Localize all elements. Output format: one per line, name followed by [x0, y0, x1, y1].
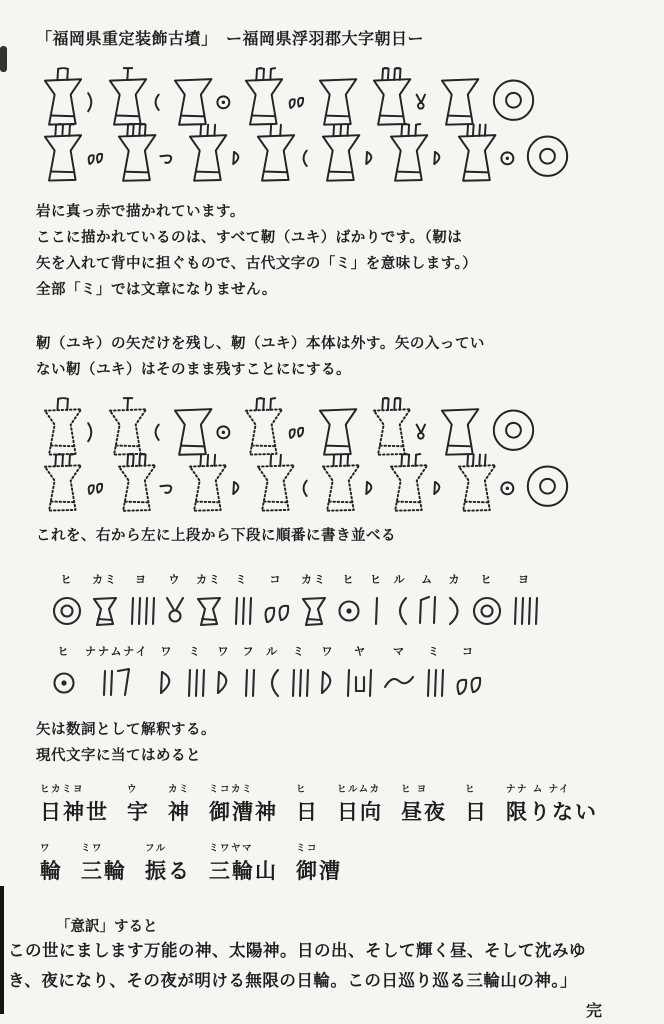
quiver-glyph [315, 65, 364, 127]
reading-kana-label: ワ [217, 643, 230, 659]
kanji-group: フル振る [145, 840, 191, 885]
furigana: ナナ ム ナイ [506, 781, 598, 795]
reading-kana-label: ヤ [354, 643, 367, 659]
final-paragraph: この世にまします万能の神、太陽神。日の出、そして輝く昼、そして沈みゆ き、夜にな… [8, 936, 636, 996]
ancient-symbol [424, 665, 444, 701]
quiver-glyph [170, 395, 236, 457]
ancient-symbol [195, 593, 223, 629]
quiver-glyph [241, 65, 310, 127]
reading-kana-label: ヨ [518, 571, 531, 587]
reading-kana-label: ヒ [61, 571, 74, 587]
quiver-glyph [241, 395, 310, 457]
quiver-glyph [454, 121, 520, 183]
ancient-symbol [52, 665, 76, 701]
ancient-symbol [261, 593, 291, 629]
reading-cell: カミ [91, 571, 119, 629]
reading-cell: ヒ [370, 571, 383, 629]
pictograph-row [40, 451, 636, 513]
reading-kana-label: マ [393, 643, 406, 659]
kanji-text: 三輪山 [209, 855, 278, 885]
reading-cell: カミ [195, 571, 223, 629]
interpret-paragraph: 矢は数詞として解釈する。 現代文字に当てはめると [36, 717, 636, 769]
kanji-text: 神 [168, 796, 191, 826]
reading-kana-label: ヒ [343, 571, 356, 587]
quiver-glyph [315, 395, 364, 457]
reading-kana-label: ウ [169, 571, 182, 587]
pictograph-row [40, 121, 636, 183]
kanji-group: ウ宇 [127, 781, 150, 826]
quiver-glyph [369, 65, 432, 127]
kanji-group: ヒカミヨ日神世 [40, 781, 109, 826]
furigana: フル [145, 840, 191, 854]
reading-kana-label: カミ [92, 571, 118, 587]
kanji-group: ヒ日 [296, 781, 319, 826]
quiver-glyph [40, 121, 109, 183]
kanji-text: 昼夜 [401, 796, 447, 826]
ancient-symbol [232, 593, 252, 629]
reading-cell: ヤ [346, 643, 374, 701]
reading-kana-label: ム [421, 571, 434, 587]
quiver-glyph [386, 451, 449, 513]
furigana: ウ [127, 781, 150, 795]
kanji-group: ミワヤマ三輪山 [209, 840, 278, 885]
reading-kana-label: カ [449, 571, 462, 587]
reading-cell: ヒ [337, 571, 361, 629]
furigana: ヒカミヨ [40, 781, 109, 795]
reading-kana-label: ヒ [481, 571, 494, 587]
kanji-text: 宇 [127, 796, 150, 826]
quiver-glyph [318, 451, 381, 513]
quiver-glyph [253, 121, 313, 183]
reading-kana-label: ミ [236, 571, 249, 587]
ancient-symbol [453, 665, 483, 701]
quiver-glyph [437, 395, 486, 457]
ring-glyph [525, 451, 570, 513]
ring-glyph [525, 121, 570, 183]
ancient-symbol [392, 593, 408, 629]
text-line: き、夜になり、その夜が明ける無限の日輪。この日巡り巡る三輪山の神。」 [8, 966, 636, 996]
quiver-glyph [253, 451, 313, 513]
furigana: ヒ ヨ [401, 781, 447, 795]
quiver-glyph [437, 65, 486, 127]
ancient-symbol [289, 665, 309, 701]
ancient-symbol [128, 593, 155, 629]
ancient-symbol [242, 665, 255, 701]
kanji-group: ヒ日 [465, 781, 488, 826]
document-page: 「福岡県重定装飾古墳」 ー福岡県浮羽郡大字朝日ー 岩に真っ赤で描かれています。 … [0, 0, 664, 1024]
kanji-group: ナナ ム ナイ限りない [506, 781, 598, 826]
reading-cell: ヨ [511, 571, 538, 629]
kanji-text: 日 [296, 796, 319, 826]
furigana: ヒルムカ [337, 781, 383, 795]
ancient-symbol [164, 593, 186, 629]
reading-cell: ワ [157, 643, 176, 701]
ring-glyph [491, 395, 536, 457]
kanji-group: ワ輪 [40, 840, 63, 885]
reading-cell: カミ [300, 571, 328, 629]
reading-cell: ム [417, 571, 438, 629]
reading-cell: コ [261, 571, 291, 629]
reading-kana-label: ナナムナイ [85, 643, 148, 659]
reading-kana-label: ヒ [58, 643, 71, 659]
text-line: ここに描かれているのは、すべて靭（ユキ）ばかりです。（靭は [36, 225, 636, 251]
kanji-text: 日向 [337, 796, 383, 826]
kanji-group: ミコカミ御漕神 [209, 781, 278, 826]
ancient-symbol [52, 593, 82, 629]
ancient-symbol [318, 665, 337, 701]
quiver-glyph [185, 451, 248, 513]
reading-cell: ワ [214, 643, 233, 701]
arrange-instruction: これを、右から左に上段から下段に順番に書き並べる [36, 523, 636, 549]
ancient-symbol [214, 665, 233, 701]
reading-kana-label: ル [266, 643, 279, 659]
furigana: ミワヤマ [209, 840, 278, 854]
reading-cell: フ [242, 643, 255, 701]
kanji-text: 限りない [506, 796, 598, 826]
quiver-glyph [40, 451, 109, 513]
modern-row: ヒカミヨ日神世ウ宇カミ神ミコカミ御漕神ヒ日ヒルムカ日向ヒ ヨ昼夜ヒ日ナナ ム ナ… [40, 781, 636, 826]
reading-cell: カ [447, 571, 463, 629]
ancient-symbol [185, 665, 205, 701]
reading-kana-label: ワ [321, 643, 334, 659]
kanji-group: カミ神 [168, 781, 191, 826]
reading-cell: コ [453, 643, 483, 701]
reading-cell: ヨ [128, 571, 155, 629]
quiver-glyph [170, 65, 236, 127]
kanji-text: 御漕 [296, 855, 342, 885]
ring-glyph [491, 65, 536, 127]
scan-artifact-smudge [0, 46, 7, 72]
reading-kana-label: ワ [160, 643, 173, 659]
kanji-group: ヒ ヨ昼夜 [401, 781, 447, 826]
reading-cell: ミ [424, 643, 444, 701]
ancient-symbol [337, 593, 361, 629]
reading-kana-label: コ [270, 571, 283, 587]
ancient-symbol [264, 665, 280, 701]
kanji-text: 日 [465, 796, 488, 826]
reading-cell: ル [264, 643, 280, 701]
ancient-symbol [157, 665, 176, 701]
furigana: カミ [168, 781, 191, 795]
quiver-glyph [105, 65, 165, 127]
reading-cell: ヒ [52, 643, 76, 701]
text-line: 靭（ユキ）の矢だけを残し、靭（ユキ）本体は外す。矢の入ってい [36, 331, 636, 357]
end-mark: 完 [36, 998, 636, 1021]
kanji-group: ミワ三輪 [81, 840, 127, 885]
quiver-glyph [114, 121, 180, 183]
reading-cell: ミ [232, 571, 252, 629]
reading-kana-label: フ [242, 643, 255, 659]
ancient-symbol [511, 593, 538, 629]
kanji-text: 三輪 [81, 855, 127, 885]
pictograph-block-dotted [40, 395, 636, 513]
furigana: ヒ [465, 781, 488, 795]
ancient-symbol [447, 593, 463, 629]
intro-paragraph: 岩に真っ赤で描かれています。 ここに描かれているのは、すべて靭（ユキ）ばかりです… [36, 199, 636, 303]
ancient-symbol [101, 665, 133, 701]
furigana: ワ [40, 840, 63, 854]
text-line: この世にまします万能の神、太陽神。日の出、そして輝く昼、そして沈みゆ [8, 936, 636, 966]
quiver-glyph [185, 121, 248, 183]
reading-kana-label: ル [394, 571, 407, 587]
reading-cell: ナナムナイ [85, 643, 148, 701]
reading-kana-label: ヒ [370, 571, 383, 587]
furigana: ミコカミ [209, 781, 278, 795]
ancient-symbol [373, 593, 381, 629]
reading-cell: ワ [318, 643, 337, 701]
text-line: 全部「ミ」では文章になりません。 [36, 277, 636, 303]
pictograph-row [40, 65, 636, 127]
ancient-symbol [472, 593, 502, 629]
reading-section: ヒカミヨウカミミコカミヒヒルムカヒヨ ヒナナムナイワミワフルミワヤマミコ [36, 571, 636, 701]
quiver-glyph [454, 451, 520, 513]
reading-cell: ミ [185, 643, 205, 701]
iyaku-label: 「意訳」すると [56, 915, 636, 936]
reading-cell: ミ [289, 643, 309, 701]
reading-row: ヒナナムナイワミワフルミワヤマミコ [52, 643, 636, 701]
text-line: 岩に真っ赤で描かれています。 [36, 199, 636, 225]
reading-row: ヒカミヨウカミミコカミヒヒルムカヒヨ [52, 571, 636, 629]
reading-kana-label: カミ [196, 571, 222, 587]
reading-cell: マ [383, 643, 415, 701]
reading-cell: ル [392, 571, 408, 629]
modern-text-section: ヒカミヨ日神世ウ宇カミ神ミコカミ御漕神ヒ日ヒルムカ日向ヒ ヨ昼夜ヒ日ナナ ム ナ… [36, 781, 636, 885]
reading-cell: ウ [164, 571, 186, 629]
reading-kana-label: ヨ [135, 571, 148, 587]
modern-row: ワ輪ミワ三輪フル振るミワヤマ三輪山ミコ御漕 [40, 840, 636, 885]
pictograph-block-solid [40, 65, 636, 183]
reading-kana-label: カミ [301, 571, 327, 587]
quiver-glyph [40, 395, 100, 457]
kanji-text: 輪 [40, 855, 63, 885]
quiver-glyph [386, 121, 449, 183]
kanji-text: 日神世 [40, 796, 109, 826]
furigana: ミワ [81, 840, 127, 854]
quiver-glyph [369, 395, 432, 457]
reading-cell: ヒ [472, 571, 502, 629]
kanji-text: 振る [145, 855, 191, 885]
furigana: ヒ [296, 781, 319, 795]
quiver-glyph [105, 395, 165, 457]
ancient-symbol [91, 593, 119, 629]
ancient-symbol [383, 665, 415, 701]
reading-kana-label: ミ [189, 643, 202, 659]
ancient-symbol [346, 665, 374, 701]
kanji-text: 御漕神 [209, 796, 278, 826]
pictograph-row [40, 395, 636, 457]
reading-cell: ヒ [52, 571, 82, 629]
kanji-group: ヒルムカ日向 [337, 781, 383, 826]
text-line: ない靭（ユキ）はそのまま残すことににする。 [36, 357, 636, 383]
ancient-symbol [417, 593, 438, 629]
text-line: 現代文字に当てはめると [36, 743, 636, 769]
page-title: 「福岡県重定装飾古墳」 ー福岡県浮羽郡大字朝日ー [36, 26, 636, 49]
reading-kana-label: ミ [428, 643, 441, 659]
quiver-glyph [40, 65, 100, 127]
method-paragraph: 靭（ユキ）の矢だけを残し、靭（ユキ）本体は外す。矢の入ってい ない靭（ユキ）はそ… [36, 331, 636, 383]
quiver-glyph [318, 121, 381, 183]
text-line: 矢を入れて背中に担ぐもので、古代文字の「ミ」を意味します。） [36, 251, 636, 277]
furigana: ミコ [296, 840, 342, 854]
quiver-glyph [114, 451, 180, 513]
text-line: 矢は数詞として解釈する。 [36, 717, 636, 743]
kanji-group: ミコ御漕 [296, 840, 342, 885]
ancient-symbol [300, 593, 328, 629]
reading-kana-label: コ [462, 643, 475, 659]
reading-kana-label: ミ [293, 643, 306, 659]
scan-artifact-strip [0, 886, 4, 1014]
